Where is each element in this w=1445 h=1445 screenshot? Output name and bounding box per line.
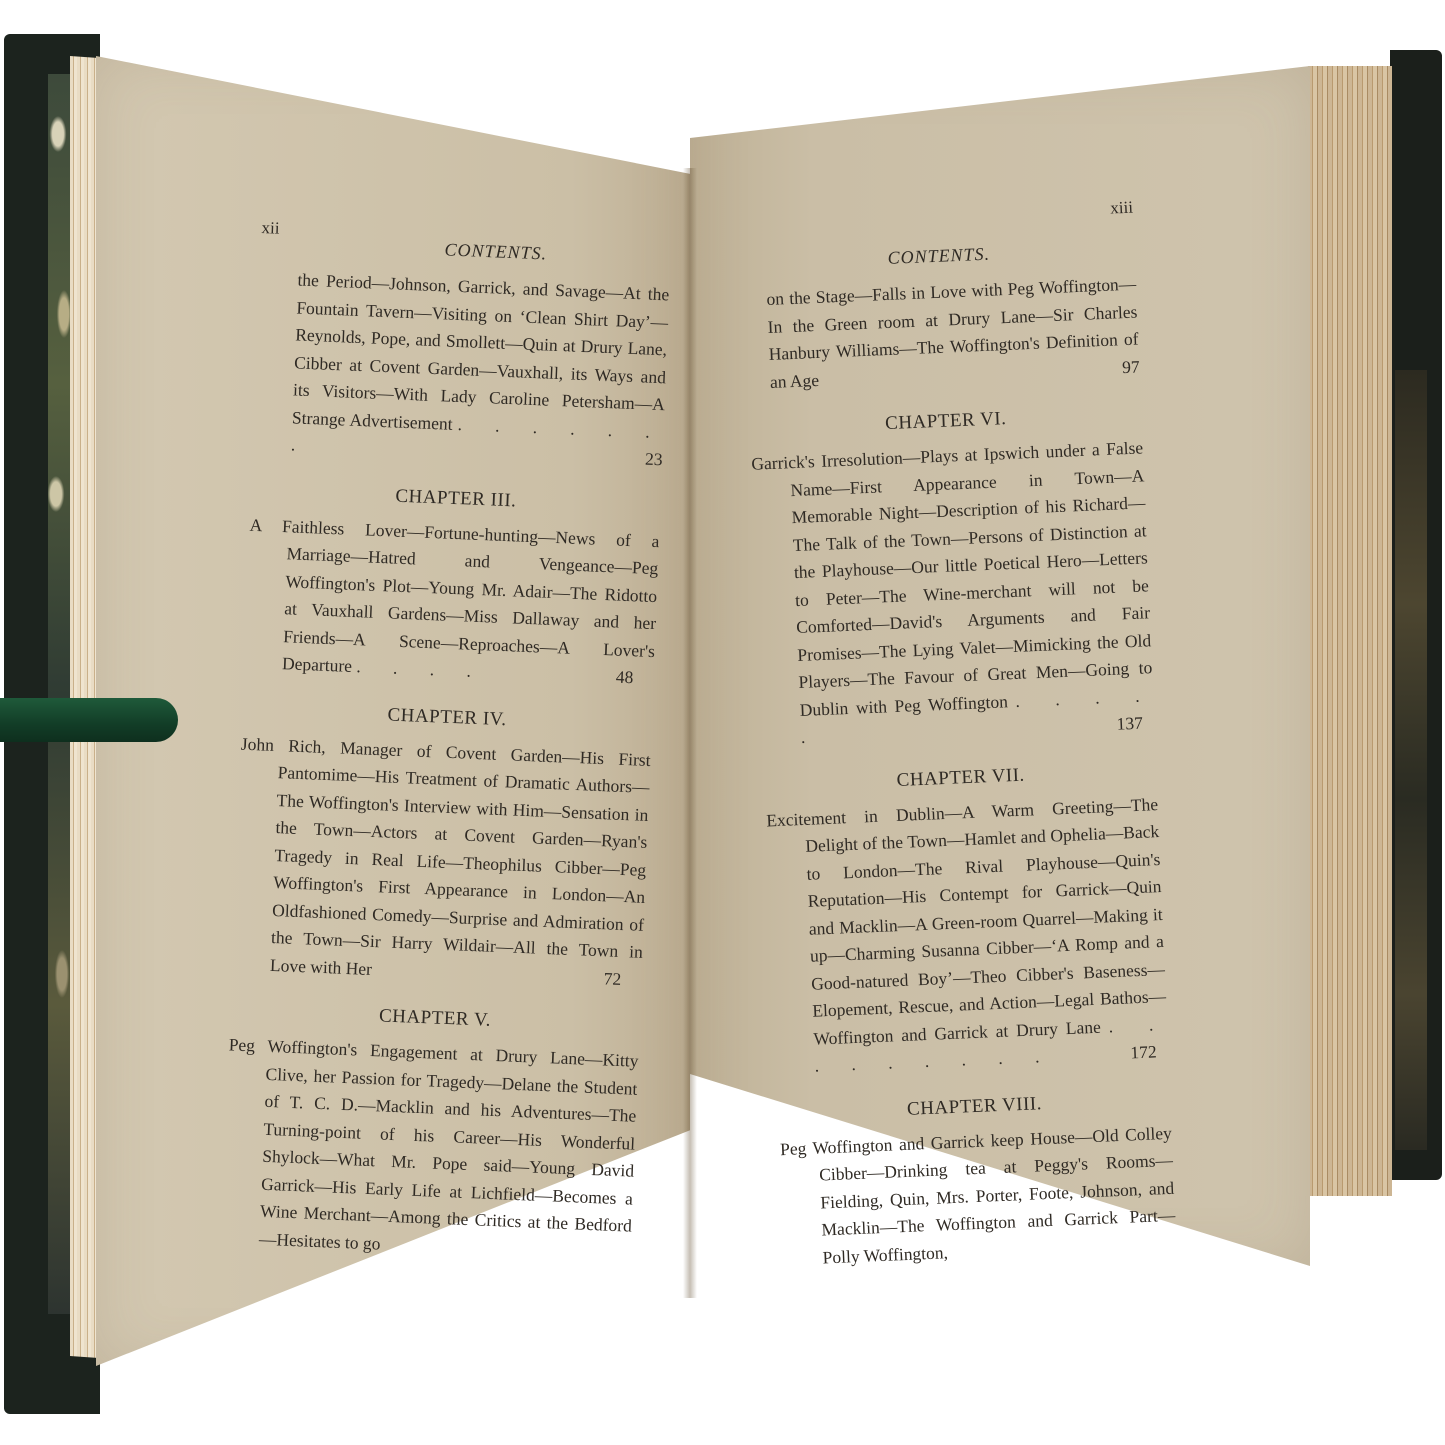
left-page-content: xii CONTENTS. the Period—Johnson, Garric… [221,218,672,1268]
entry-text: John Rich, Manager of Covent Garden—His … [241,733,651,978]
page-edges-right [1308,66,1392,1196]
chapter-heading: CHAPTER III. [251,479,662,517]
entry-text: on the Stage—Falls in Love with Peg Woff… [766,274,1139,392]
right-page-content: xiii CONTENTS. on the Stage—Falls in Lov… [742,224,1177,1274]
entry-text: Excitement in Dublin—A Warm Greeting—The… [766,794,1167,1049]
entry-text: the Period—Johnson, Garrick, and Savage—… [292,269,670,433]
contents-entry: Garrick's Irresolution—Plays at Ipswich … [751,434,1155,753]
contents-entry: A Faithless Lover—Fortune-hunting—News o… [244,511,660,692]
book-gutter [683,168,697,1298]
marbled-endpaper-right [1395,370,1427,1150]
entry-text: Garrick's Irresolution—Plays at Ipswich … [751,437,1153,719]
chapter-heading: CHAPTER IV. [242,698,653,736]
page-number-folio: xiii [1110,198,1133,219]
chapter-heading: CHAPTER VII. [764,759,1157,797]
contents-entry-continued: the Period—Johnson, Garrick, and Savage—… [252,265,669,474]
chapter-heading: CHAPTER VI. [749,402,1142,440]
running-head: CONTENTS. [261,232,672,269]
contents-entry: John Rich, Manager of Covent Garden—His … [231,730,651,994]
contents-entry-continued: on the Stage—Falls in Love with Peg Woff… [744,271,1140,397]
contents-entry: Excitement in Dublin—A Warm Greeting—The… [766,791,1169,1082]
bookmark-ribbon[interactable] [0,698,178,742]
entry-text: Peg Woffington's Engagement at Drury Lan… [228,1034,638,1253]
dot-leaders: . . . . [356,656,485,681]
contents-entry: Peg Woffington's Engagement at Drury Lan… [221,1031,639,1267]
entry-text: A Faithless Lover—Fortune-hunting—News o… [249,514,659,676]
entry-page-number: 97 [1122,353,1141,381]
chapter-heading: CHAPTER V. [230,999,641,1037]
page-number-folio: xii [261,218,280,239]
contents-entry: Peg Woffington and Garrick keep House—Ol… [780,1119,1177,1273]
chapter-heading: CHAPTER VIII. [778,1087,1171,1125]
running-head: CONTENTS. [743,238,1136,275]
entry-page-number: 23 [645,446,664,474]
entry-text: Peg Woffington and Garrick keep House—Ol… [780,1122,1176,1267]
